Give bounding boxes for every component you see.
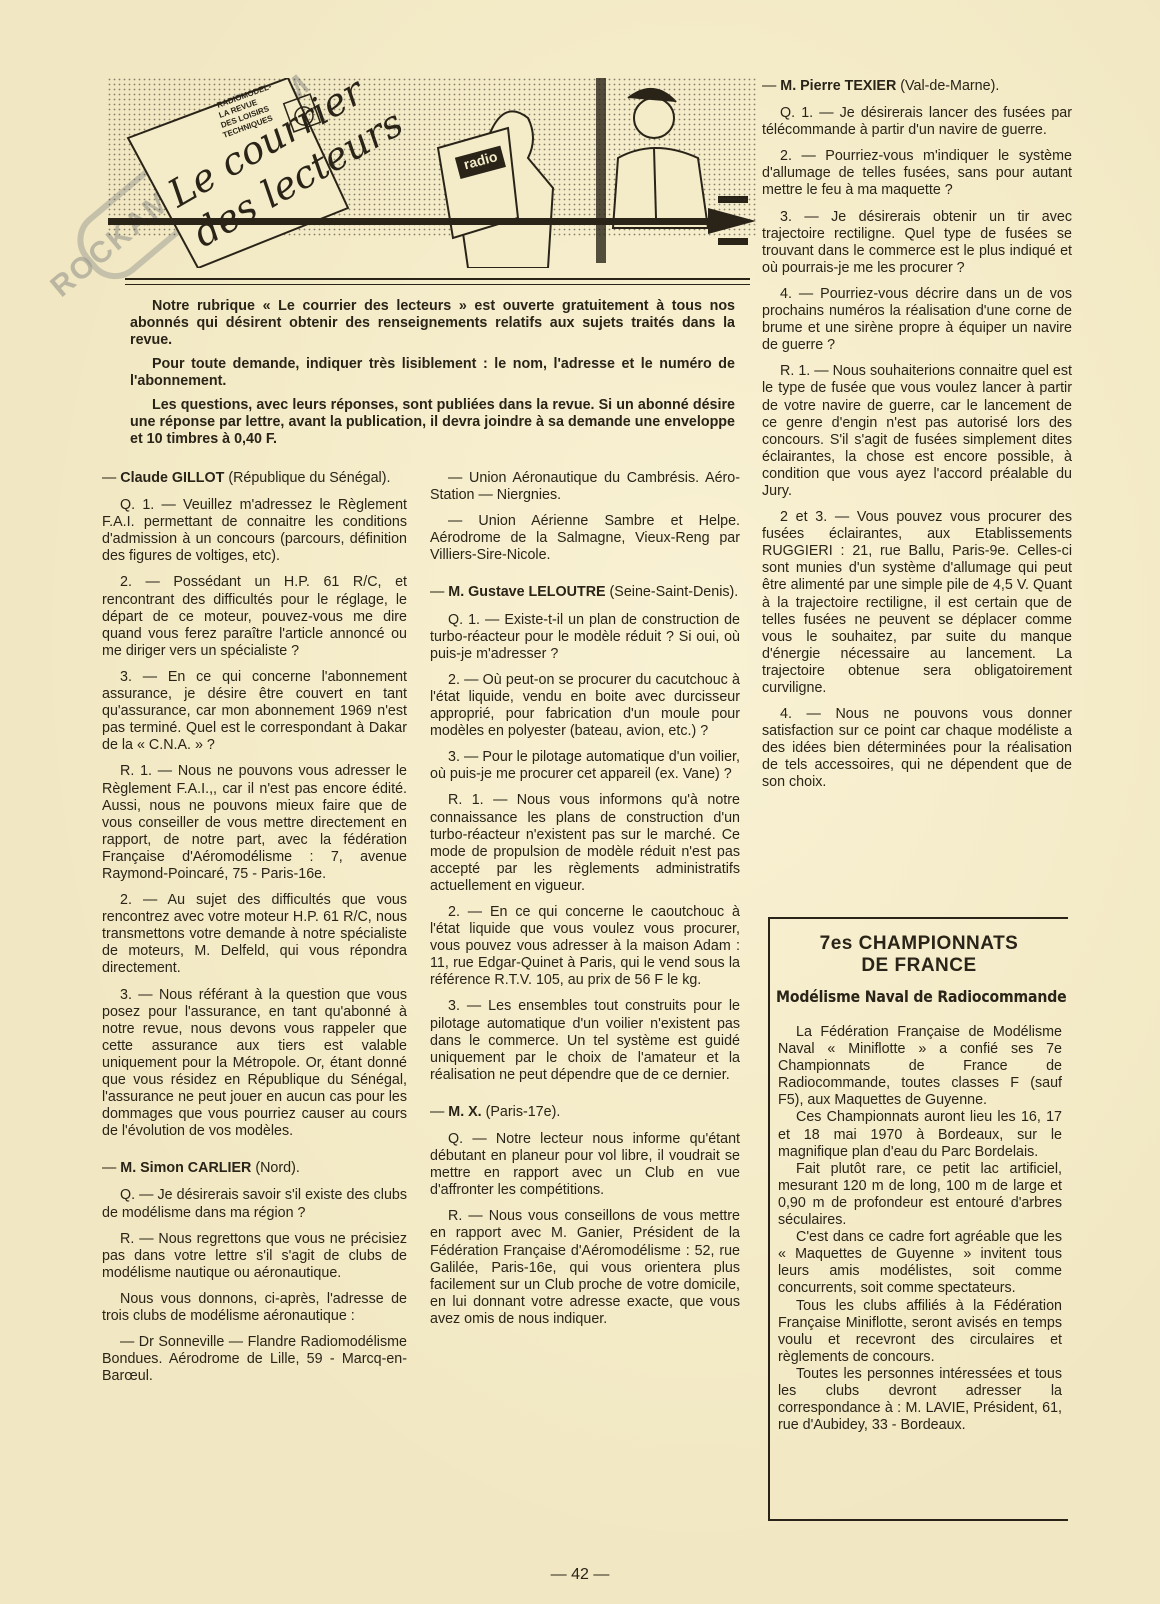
letter-paragraph: R. 1. — Nous souhaiterions connaitre que… — [762, 363, 1072, 500]
header-illustration: RADIOMODEL- LA REVUE DES LOISIRS TECHNIQ… — [108, 78, 756, 268]
box-paragraph: Ces Championnats auront lieu les 16, 17 … — [778, 1109, 1062, 1160]
column-3: — M. Pierre TEXIER (Val-de-Marne). Q. 1.… — [762, 78, 1072, 801]
letter-paragraph: 2 et 3. — Vous pouvez vous procurer des … — [762, 509, 1072, 697]
box-title: 7es CHAMPIONNATS DE FRANCE — [770, 933, 1068, 977]
header-divider — [125, 278, 750, 285]
magazine-page: ROCKAMAGER.COM RADIOMODEL- LA REVUE DES … — [0, 0, 1160, 1604]
letter-heading-carlier: — M. Simon CARLIER (Nord). — [102, 1160, 407, 1177]
intro-paragraph: Les questions, avec leurs réponses, sont… — [130, 397, 735, 448]
letter-heading-gillot: — Claude GILLOT (République du Sénégal). — [102, 470, 407, 487]
letter-paragraph: 3. — Nous référant à la question que vou… — [102, 987, 407, 1141]
column-2: — Union Aéronautique du Cambrésis. Aéro-… — [430, 470, 740, 1337]
box-paragraph: Toutes les personnes intéressées et tous… — [778, 1366, 1062, 1434]
page-number: — 42 — — [0, 1566, 1160, 1584]
letter-paragraph: R. — Nous vous conseillons de vous mettr… — [430, 1208, 740, 1328]
box-paragraph: C'est dans ce cadre fort agréable que le… — [778, 1229, 1062, 1297]
club-address: — Union Aérienne Sambre et Helpe. Aérodr… — [430, 513, 740, 564]
letter-paragraph: Q. 1. — Existe-t-il un plan de construct… — [430, 612, 740, 663]
letter-paragraph: 3. — Je désirerais obtenir un tir avec t… — [762, 209, 1072, 277]
club-address: — Union Aéronautique du Cambrésis. Aéro-… — [430, 470, 740, 504]
box-body: La Fédération Française de Modélisme Nav… — [778, 1024, 1062, 1434]
box-paragraph: Tous les clubs affiliés à la Fédération … — [778, 1298, 1062, 1366]
letter-paragraph: Q. — Je désirerais savoir s'il existe de… — [102, 1187, 407, 1221]
letter-paragraph: 3. — En ce qui concerne l'abonnement ass… — [102, 669, 407, 754]
letter-paragraph: Q. — Notre lecteur nous informe qu'étant… — [430, 1131, 740, 1199]
letter-paragraph: 3. — Pour le pilotage automatique d'un v… — [430, 749, 740, 783]
letter-paragraph: 2. — Pourriez-vous m'indiquer le système… — [762, 148, 1072, 199]
letter-paragraph: R. 1. — Nous ne pouvons vous adresser le… — [102, 763, 407, 883]
letter-paragraph: 2. — Possédant un H.P. 61 R/C, et rencon… — [102, 574, 407, 659]
intro-notice: Notre rubrique « Le courrier des lecteur… — [130, 298, 735, 455]
letter-paragraph: — Dr Sonneville — Flandre Radiomodélisme… — [102, 1334, 407, 1385]
box-paragraph: La Fédération Française de Modélisme Nav… — [778, 1024, 1062, 1109]
letter-heading-texier: — M. Pierre TEXIER (Val-de-Marne). — [762, 78, 1072, 95]
letter-paragraph: R. 1. — Nous vous informons qu'à notre c… — [430, 792, 740, 895]
box-subtitle: Modélisme Naval de Radiocommande — [776, 987, 1033, 1006]
letter-paragraph: Q. 1. — Je désirerais lancer des fusées … — [762, 105, 1072, 139]
letter-paragraph: 4. — Pourriez-vous décrire dans un de vo… — [762, 286, 1072, 354]
letter-heading-mx: — M. X. (Paris-17e). — [430, 1104, 740, 1121]
letter-paragraph: 2. — Au sujet des difficultés que vous r… — [102, 892, 407, 977]
letter-paragraph: 2. — Où peut-on se procurer du cacutchou… — [430, 672, 740, 740]
letter-paragraph: R. — Nous regrettons que vous ne précisi… — [102, 1231, 407, 1282]
championship-announcement-box: 7es CHAMPIONNATS DE FRANCE Modélisme Nav… — [768, 917, 1068, 1521]
letter-paragraph: 2. — En ce qui concerne le caoutchouc à … — [430, 904, 740, 989]
letter-paragraph: 3. — Les ensembles tout construits pour … — [430, 998, 740, 1083]
letter-paragraph: Nous vous donnons, ci-après, l'adresse d… — [102, 1291, 407, 1325]
intro-paragraph: Notre rubrique « Le courrier des lecteur… — [130, 298, 735, 349]
letter-paragraph: Q. 1. — Veuillez m'adressez le Règlement… — [102, 497, 407, 565]
intro-paragraph: Pour toute demande, indiquer très lisibl… — [130, 356, 735, 390]
column-1: — Claude GILLOT (République du Sénégal).… — [102, 470, 407, 1394]
box-paragraph: Fait plutôt rare, ce petit lac artificie… — [778, 1161, 1062, 1229]
letter-paragraph: 4. — Nous ne pouvons vous donner satisfa… — [762, 706, 1072, 791]
letter-heading-leloutre: — M. Gustave LELOUTRE (Seine-Saint-Denis… — [430, 584, 740, 601]
